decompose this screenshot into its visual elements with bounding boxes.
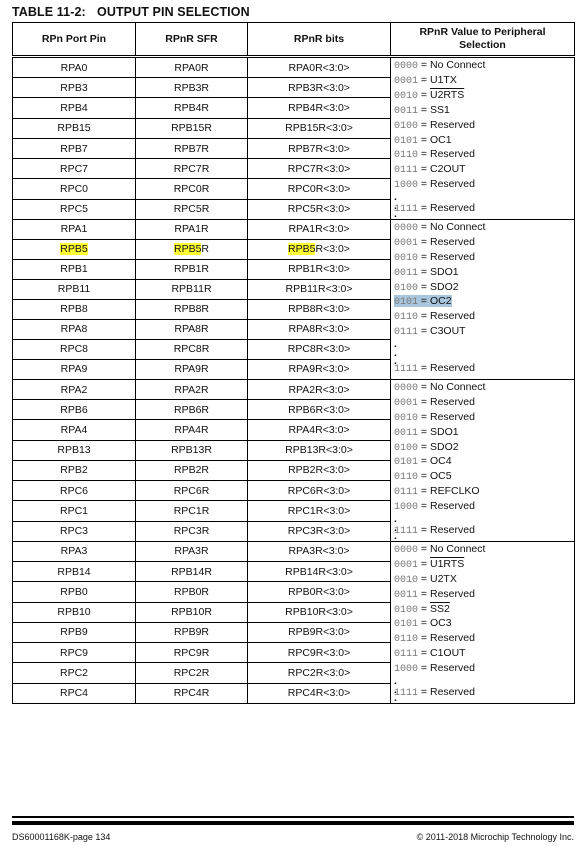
sfr-cell: RPB8R	[136, 299, 248, 319]
bits-cell: RPB1R<3:0>	[248, 259, 391, 279]
bits-cell: RPC2R<3:0>	[248, 663, 391, 683]
selection-line: 0011 = SDO1	[394, 266, 574, 281]
selection-line: 0101 = OC3	[394, 617, 574, 632]
peripheral-selection-cell: 0000 = No Connect0001 = U1TX0010 = U2RTS…	[391, 57, 575, 220]
selection-line-last: 1111 = Reserved	[394, 362, 475, 377]
selection-value: C1OUT	[430, 647, 466, 659]
selection-value: OC4	[430, 455, 452, 467]
sfr-cell: RPC8R	[136, 339, 248, 359]
bits-cell: RPB8R<3:0>	[248, 299, 391, 319]
selection-value: Reserved	[430, 524, 475, 536]
selection-value: OC5	[430, 470, 452, 482]
ellipsis-dot: .	[394, 340, 574, 349]
selection-line: 0010 = U2RTS	[394, 89, 574, 104]
sfr-cell: RPB2R	[136, 460, 248, 480]
selection-value: No Connect	[430, 381, 485, 393]
selection-line: 0101 = OC2	[394, 295, 574, 310]
port-pin-cell: RPC3	[13, 521, 136, 541]
selection-code: 0111	[394, 327, 418, 338]
highlighted-text: RPB5	[174, 243, 201, 255]
table-row: RPA1RPA1RRPA1R<3:0>0000 = No Connect0001…	[13, 219, 575, 239]
port-pin-cell: RPB11	[13, 279, 136, 299]
selection-value: Reserved	[430, 362, 475, 374]
selection-line: 0010 = U2TX	[394, 573, 574, 588]
selection-value: No Connect	[430, 221, 485, 233]
selection-value: Reserved	[430, 148, 475, 160]
selection-code: 1111	[394, 526, 418, 537]
selection-value: Reserved	[430, 202, 475, 214]
sfr-cell: RPC9R	[136, 643, 248, 663]
selection-line: 0101 = OC4	[394, 455, 574, 470]
selection-value: OC2	[430, 295, 452, 307]
highlighted-text: RPB5	[60, 243, 87, 255]
selection-code: 0101	[394, 297, 418, 308]
port-pin-cell: RPB8	[13, 299, 136, 319]
port-pin-cell: RPB0	[13, 582, 136, 602]
selection-value: Reserved	[430, 310, 475, 322]
selection-code: 0111	[394, 487, 418, 498]
selection-line: 0000 = No Connect	[394, 59, 574, 74]
selection-line: 0110 = Reserved	[394, 148, 574, 163]
sfr-cell: RPA8R	[136, 319, 248, 339]
port-pin-cell: RPC4	[13, 683, 136, 703]
sfr-cell: RPB11R	[136, 279, 248, 299]
selection-line: 0000 = No Connect	[394, 221, 574, 236]
sfr-cell: RPC1R	[136, 501, 248, 521]
port-pin-cell: RPB2	[13, 460, 136, 480]
ellipsis-dot: .	[394, 349, 574, 358]
selection-code: 0100	[394, 283, 418, 294]
port-pin-cell: RPB13	[13, 440, 136, 460]
sfr-cell: RPA1R	[136, 219, 248, 239]
footer-divider	[12, 816, 574, 818]
selection-line: 0010 = Reserved	[394, 411, 574, 426]
ellipsis-dot: .	[394, 677, 574, 686]
pin-group: RPA0RPA0RRPA0R<3:0>0000 = No Connect0001…	[13, 57, 575, 220]
selection-code: 0000	[394, 61, 418, 72]
selection-value: Reserved	[430, 588, 475, 600]
sfr-cell: RPA3R	[136, 541, 248, 561]
sfr-cell: RPC2R	[136, 663, 248, 683]
selection-line: 0101 = OC1	[394, 134, 574, 149]
selection-code: 0101	[394, 619, 418, 630]
port-pin-cell: RPC5	[13, 199, 136, 219]
header-selection: RPnR Value to Peripheral Selection	[391, 23, 575, 57]
sfr-cell: RPA9R	[136, 359, 248, 379]
selection-code: 0011	[394, 590, 418, 601]
selection-line: 0100 = SS2	[394, 603, 574, 618]
bits-cell: RPC0R<3:0>	[248, 179, 391, 199]
copyright: © 2011-2018 Microchip Technology Inc.	[417, 832, 574, 842]
selection-code: 0100	[394, 443, 418, 454]
port-pin-cell: RPC7	[13, 159, 136, 179]
sfr-cell: RPB6R	[136, 400, 248, 420]
port-pin-cell: RPB15	[13, 118, 136, 138]
sfr-cell: RPC7R	[136, 159, 248, 179]
bits-cell: RPA8R<3:0>	[248, 319, 391, 339]
selection-code: 0001	[394, 238, 418, 249]
selection-value: Reserved	[430, 251, 475, 263]
selection-value: U2RTS	[430, 89, 464, 101]
port-pin-cell: RPC9	[13, 643, 136, 663]
bits-cell: RPA2R<3:0>	[248, 379, 391, 399]
selection-value: Reserved	[430, 686, 475, 698]
selection-code: 0000	[394, 223, 418, 234]
bits-cell: RPC5R<3:0>	[248, 199, 391, 219]
highlighted-text: RPB5	[288, 243, 315, 255]
selection-line: 0011 = SS1	[394, 104, 574, 119]
bits-cell: RPA4R<3:0>	[248, 420, 391, 440]
port-pin-cell: RPB10	[13, 602, 136, 622]
selection-code: 0001	[394, 76, 418, 87]
selection-code: 0110	[394, 312, 418, 323]
sfr-cell: RPA2R	[136, 379, 248, 399]
selection-line: 0100 = Reserved	[394, 119, 574, 134]
page-id: DS60001168K-page 134	[12, 832, 110, 842]
sfr-cell: RPB5R	[136, 239, 248, 259]
bits-cell: RPA0R<3:0>	[248, 57, 391, 78]
pin-group: RPA2RPA2RRPA2R<3:0>0000 = No Connect0001…	[13, 379, 575, 541]
port-pin-cell: RPA3	[13, 541, 136, 561]
sfr-cell: RPC3R	[136, 521, 248, 541]
port-pin-cell: RPB5	[13, 239, 136, 259]
selection-value: U2TX	[430, 573, 457, 585]
selection-code: 0110	[394, 472, 418, 483]
port-pin-cell: RPB4	[13, 98, 136, 118]
selection-code: 0010	[394, 575, 418, 586]
selection-line-last: 1111 = Reserved	[394, 524, 475, 539]
port-pin-cell: RPA4	[13, 420, 136, 440]
sfr-cell: RPB13R	[136, 440, 248, 460]
selection-value: U1RTS	[430, 558, 464, 570]
selection-line: 0111 = REFCLKO	[394, 485, 574, 500]
bits-cell: RPB7R<3:0>	[248, 138, 391, 158]
selection-code: 1111	[394, 204, 418, 215]
table-row: RPA0RPA0RRPA0R<3:0>0000 = No Connect0001…	[13, 57, 575, 78]
selection-code: 0101	[394, 457, 418, 468]
selection-value: Reserved	[430, 178, 475, 190]
selection-value: SDO2	[430, 281, 459, 293]
bits-cell: RPB9R<3:0>	[248, 622, 391, 642]
selection-value: Reserved	[430, 411, 475, 423]
selection-code: 0010	[394, 91, 418, 102]
header-sfr: RPnR SFR	[136, 23, 248, 57]
selection-code: 0011	[394, 268, 418, 279]
port-pin-cell: RPC2	[13, 663, 136, 683]
bits-cell: RPB2R<3:0>	[248, 460, 391, 480]
table-number: TABLE 11-2:	[12, 5, 97, 19]
port-pin-cell: RPC6	[13, 481, 136, 501]
selection-code: 1000	[394, 664, 418, 675]
bits-cell: RPC4R<3:0>	[248, 683, 391, 703]
bits-cell: RPA1R<3:0>	[248, 219, 391, 239]
bits-cell: RPB4R<3:0>	[248, 98, 391, 118]
selection-code: 1111	[394, 364, 418, 375]
ellipsis-dot: .	[394, 515, 574, 524]
selection-line: 0000 = No Connect	[394, 543, 574, 558]
selection-line: 0100 = SDO2	[394, 281, 574, 296]
bits-cell: RPA3R<3:0>	[248, 541, 391, 561]
peripheral-selection-cell: 0000 = No Connect0001 = Reserved0010 = R…	[391, 379, 575, 541]
selection-value: OC1	[430, 134, 452, 146]
selection-line: 0110 = Reserved	[394, 310, 574, 325]
selection-value: OC3	[430, 617, 452, 629]
table-row: RPA3RPA3RRPA3R<3:0>0000 = No Connect0001…	[13, 541, 575, 561]
selection-line: 0001 = Reserved	[394, 236, 574, 251]
selection-value: U1TX	[430, 74, 457, 86]
selection-value: Reserved	[430, 500, 475, 512]
selection-value: SS1	[430, 104, 450, 116]
selection-line: 0110 = Reserved	[394, 632, 574, 647]
selection-value: Reserved	[430, 632, 475, 644]
bits-cell: RPB13R<3:0>	[248, 440, 391, 460]
selection-value: No Connect	[430, 59, 485, 71]
selection-code: 1111	[394, 688, 418, 699]
port-pin-cell: RPB9	[13, 622, 136, 642]
selection-value: C2OUT	[430, 163, 466, 175]
selection-code: 0011	[394, 106, 418, 117]
selection-value: SDO1	[430, 266, 459, 278]
selection-line: 0100 = SDO2	[394, 441, 574, 456]
port-pin-cell: RPB1	[13, 259, 136, 279]
selection-line: 1000 = Reserved	[394, 500, 574, 515]
bits-cell: RPB15R<3:0>	[248, 118, 391, 138]
bits-cell: RPB11R<3:0>	[248, 279, 391, 299]
bits-cell: RPB0R<3:0>	[248, 582, 391, 602]
ellipsis-dot: .	[394, 193, 574, 202]
bits-cell: RPA9R<3:0>	[248, 359, 391, 379]
port-pin-cell: RPA0	[13, 57, 136, 78]
selection-line: 0111 = C1OUT	[394, 647, 574, 662]
sfr-cell: RPC6R	[136, 481, 248, 501]
bits-cell: RPC6R<3:0>	[248, 481, 391, 501]
port-pin-cell: RPB7	[13, 138, 136, 158]
selection-line: 0011 = SDO1	[394, 426, 574, 441]
selection-value: SDO1	[430, 426, 459, 438]
bits-cell: RPC7R<3:0>	[248, 159, 391, 179]
selection-line: 0111 = C3OUT	[394, 325, 574, 340]
header-port-pin: RPn Port Pin	[13, 23, 136, 57]
bits-cell: RPB10R<3:0>	[248, 602, 391, 622]
pin-group: RPA3RPA3RRPA3R<3:0>0000 = No Connect0001…	[13, 541, 575, 703]
selection-line: 0001 = U1TX	[394, 74, 574, 89]
header-row: RPn Port Pin RPnR SFR RPnR bits RPnR Val…	[13, 23, 575, 57]
selection-line: 1000 = Reserved	[394, 178, 574, 193]
port-pin-cell: RPB3	[13, 78, 136, 98]
bits-cell: RPB6R<3:0>	[248, 400, 391, 420]
footer-divider-thick	[12, 821, 574, 825]
port-pin-cell: RPB6	[13, 400, 136, 420]
selection-code: 0110	[394, 634, 418, 645]
bits-cell: RPB14R<3:0>	[248, 562, 391, 582]
port-pin-cell: RPA8	[13, 319, 136, 339]
selection-code: 0000	[394, 383, 418, 394]
bits-cell: RPB5R<3:0>	[248, 239, 391, 259]
selection-line: 0110 = OC5	[394, 470, 574, 485]
selection-code: 0011	[394, 428, 418, 439]
port-pin-cell: RPA2	[13, 379, 136, 399]
bits-cell: RPB3R<3:0>	[248, 78, 391, 98]
port-pin-cell: RPC0	[13, 179, 136, 199]
selection-line: 0111 = C2OUT	[394, 163, 574, 178]
header-bits: RPnR bits	[248, 23, 391, 57]
selection-code: 0100	[394, 121, 418, 132]
selection-code: 0010	[394, 413, 418, 424]
sfr-cell: RPB4R	[136, 98, 248, 118]
bits-cell: RPC8R<3:0>	[248, 339, 391, 359]
port-pin-cell: RPB14	[13, 562, 136, 582]
pin-group: RPA1RPA1RRPA1R<3:0>0000 = No Connect0001…	[13, 219, 575, 379]
selection-line: 0001 = Reserved	[394, 396, 574, 411]
selection-code: 0001	[394, 398, 418, 409]
port-pin-cell: RPA9	[13, 359, 136, 379]
selection-line-last: 1111 = Reserved	[394, 686, 475, 701]
sfr-cell: RPA4R	[136, 420, 248, 440]
selection-value: No Connect	[430, 543, 485, 555]
sfr-cell: RPB9R	[136, 622, 248, 642]
selection-value: REFCLKO	[430, 485, 480, 497]
bits-cell: RPC9R<3:0>	[248, 643, 391, 663]
selection-value: Reserved	[430, 236, 475, 248]
sfr-cell: RPA0R	[136, 57, 248, 78]
selection-value: Reserved	[430, 662, 475, 674]
output-pin-selection-table: RPn Port Pin RPnR SFR RPnR bits RPnR Val…	[12, 22, 575, 704]
sfr-cell: RPB15R	[136, 118, 248, 138]
port-pin-cell: RPC8	[13, 339, 136, 359]
selection-code: 1000	[394, 502, 418, 513]
selection-value: SDO2	[430, 441, 459, 453]
selection-value: C3OUT	[430, 325, 466, 337]
selection-line: 0011 = Reserved	[394, 588, 574, 603]
peripheral-selection-cell: 0000 = No Connect0001 = Reserved0010 = R…	[391, 219, 575, 379]
selection-code: 0100	[394, 605, 418, 616]
selection-value: SS2	[430, 603, 450, 615]
selection-code: 0010	[394, 253, 418, 264]
table-title: OUTPUT PIN SELECTION	[97, 5, 250, 19]
selection-code: 0111	[394, 649, 418, 660]
sfr-cell: RPC4R	[136, 683, 248, 703]
sfr-cell: RPB1R	[136, 259, 248, 279]
sfr-cell: RPB14R	[136, 562, 248, 582]
sfr-cell: RPB3R	[136, 78, 248, 98]
bits-cell: RPC1R<3:0>	[248, 501, 391, 521]
selection-line: 0001 = U1RTS	[394, 558, 574, 573]
selection-code: 0000	[394, 545, 418, 556]
sfr-cell: RPB7R	[136, 138, 248, 158]
sfr-cell: RPB10R	[136, 602, 248, 622]
table-caption: TABLE 11-2:OUTPUT PIN SELECTION	[12, 5, 250, 19]
bits-cell: RPC3R<3:0>	[248, 521, 391, 541]
sfr-cell: RPC0R	[136, 179, 248, 199]
port-pin-cell: RPC1	[13, 501, 136, 521]
peripheral-selection-cell: 0000 = No Connect0001 = U1RTS0010 = U2TX…	[391, 541, 575, 703]
selection-code: 1000	[394, 180, 418, 191]
selection-line: 0000 = No Connect	[394, 381, 574, 396]
table-row: RPA2RPA2RRPA2R<3:0>0000 = No Connect0001…	[13, 379, 575, 399]
selection-code: 0001	[394, 560, 418, 571]
selection-code: 0111	[394, 165, 418, 176]
selection-code: 0101	[394, 136, 418, 147]
port-pin-cell: RPA1	[13, 219, 136, 239]
selection-line: 1000 = Reserved	[394, 662, 574, 677]
sfr-cell: RPB0R	[136, 582, 248, 602]
selection-line: 0010 = Reserved	[394, 251, 574, 266]
selection-value: Reserved	[430, 119, 475, 131]
sfr-cell: RPC5R	[136, 199, 248, 219]
selection-value: Reserved	[430, 396, 475, 408]
selection-line-last: 1111 = Reserved	[394, 202, 475, 217]
selection-code: 0110	[394, 150, 418, 161]
